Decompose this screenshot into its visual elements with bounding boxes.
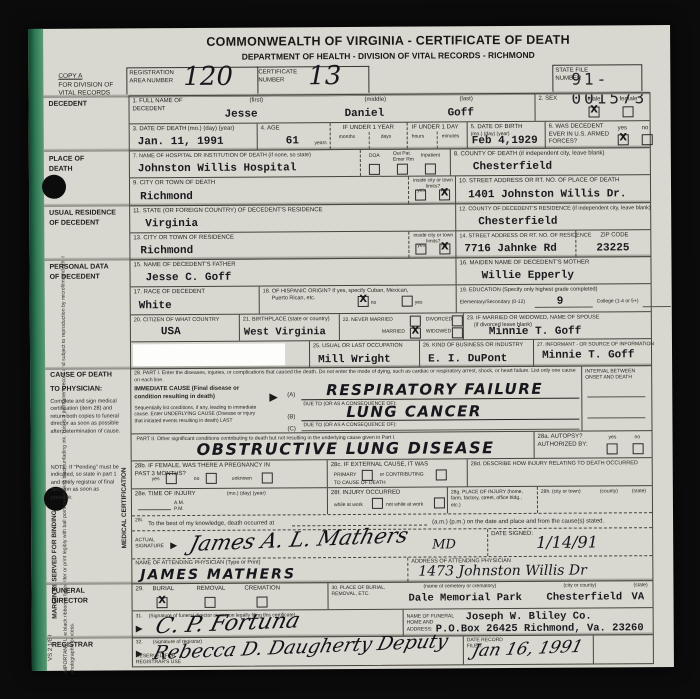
date-signed-value: 1/14/91 [536,532,598,551]
hispanic-cell: 18. OF HISPANIC ORIGIN? If yes, specify … [259,285,456,313]
immediate-cause-label: IMMEDIATE CAUSE (Final disease or condit… [134,386,239,402]
business-cell: 26. KIND OF BUSINESS OR INDUSTRY E. I. D… [419,340,533,367]
line-a-tag: (A) [287,392,295,400]
external-cause-cell: 28c. IF EXTERNAL CAUSE, IT WAS PRIMARY o… [327,459,467,487]
married-label: MARRIED [382,329,405,335]
full-name-cell: 1. FULL NAME OF DECEDENT (first) (middle… [129,94,534,123]
attestation-text: To the best of my knowledge, death occur… [148,520,274,528]
row-city-of-death: 9. CITY OR TOWN OF DEATH Richmond inside… [130,174,650,205]
checkbox-preg-yes [166,473,177,484]
minutes-hint: minutes [442,133,460,139]
registration-area-value: 120 [183,62,233,92]
widowed-label: WIDOWED [426,328,451,334]
row-hospital: 7. NAME OF HOSPITAL OR INSTITUTION OF DE… [130,147,650,177]
first-name-value: Jesse [225,109,258,121]
cause-a-value: RESPIRATORY FAILURE [326,380,543,399]
registrar-signature-cell: 32. (signature of registrar) ▶ Rebecca D… [133,636,463,666]
injury-city-label: 28h. (city or town) [541,489,581,495]
external-cause-label: 28c. IF EXTERNAL CAUSE, IT WAS [331,462,429,470]
actual-signature-cell: ACTUAL SIGNATURE ▶ James A. L. Mathers M… [132,529,487,558]
hispanic-label: 18. OF HISPANIC ORIGIN? If yes, specify … [263,288,409,296]
spouse-value: Minnie T. Goff [489,326,581,339]
row-physician-name: NAME OF ATTENDING PHYSICIAN (Type or Pri… [132,555,652,583]
county-of-death-label: 8. COUNTY OF DEATH (if independent city,… [454,150,605,158]
row-burial: 29. BURIAL X REMOVAL CREMATION 30. PLACE… [132,580,652,610]
informant-label: 27. INFORMANT - OR SOURCE OF INFORMATION [537,341,654,348]
row-physician-signature: ACTUAL SIGNATURE ▶ James A. L. Mathers M… [132,527,652,558]
zip-cell: ZIP CODE 23225 [575,230,650,256]
burial-label: BURIAL [152,586,174,594]
education-cell: 19. EDUCATION (Specify only highest grad… [456,284,651,312]
outpat-label2: Emer Rm [393,157,414,163]
row-cause-part1: 28. PART I. Enter the diseases, injuries… [131,365,651,433]
county-of-death-value: Chesterfield [473,161,552,173]
informant-cell: 27. INFORMANT - OR SOURCE OF INFORMATION… [533,339,651,366]
autopsy-yes-label: yes [609,434,617,440]
age-value: 61 [286,135,299,147]
section-personal-data: PERSONAL DATA OF DECEDENT [49,262,119,282]
birthplace-cell: 21. BIRTHPLACE (state or country) West V… [239,314,339,341]
place-of-injury-label: 28g. PLACE OF INJURY (home, farm, factor… [451,489,533,508]
primary-label: PRIMARY [334,472,357,478]
residence-city-cell: 13. CITY OR TOWN OF RESIDENCE Richmond [130,232,408,260]
date-of-birth-cell: 5. DATE OF BIRTH (mo.) (day) (year) Feb … [467,122,545,148]
education-elem-value: 9 [557,296,564,308]
injury-occurred-label: 28f. INJURY OCCURRED [331,490,401,498]
education-college-line [643,306,671,307]
injury-location-cell: 28h. (city or town) (county) (state) [537,486,652,513]
cemetery-value: Dale Memorial Park [408,592,521,605]
full-name-label: 1. FULL NAME OF DECEDENT [132,98,187,113]
section-cause-of-death: CAUSE OF DEATH [50,370,128,380]
under-1-day-label: IF UNDER 1 DAY [412,124,459,132]
date-signed-cell: DATE SIGNED: 1/14/91 [487,528,652,556]
row-name-sex: 1. FULL NAME OF DECEDENT (first) (middle… [129,93,649,123]
father-label: 15. NAME OF DECEDENT'S FATHER [133,262,235,270]
sequential-label: Sequentially list conditions, if any, le… [134,405,262,425]
preg-yes-label: yes [152,476,160,482]
row-parents: 15. NAME OF DECEDENT'S FATHER Jesse C. G… [130,256,650,286]
row-residence-state: 11. STATE (OR FOREIGN COUNTRY) OF DECEDE… [130,202,650,232]
redaction-box [133,343,285,366]
row-dates-age: 3. DATE OF DEATH (mo.) (day) (year) Jan.… [130,120,650,150]
autopsy-no-label: no [635,434,641,440]
checkbox-contributing [436,469,447,480]
checkbox-preg-no [206,473,217,484]
hispanic-yes-label: yes [415,299,423,305]
section-funeral-director: FUNERAL DIRECTOR [51,586,111,606]
punch-hole-top [42,175,66,199]
education-label: 19. EDUCATION (Specify only highest grad… [460,286,598,294]
street-of-death-label: 10. STREET ADDRESS OR RT. NO. OF PLACE O… [459,177,619,185]
under-1-year-cell: IF UNDER 1 YEAR months days [330,123,407,149]
row-occupation: 25. USUAL OR LAST OCCUPATION Mill Wright… [131,338,651,368]
pregnancy-cell: 28b. IF FEMALE, WAS THERE A PREGNANCY IN… [132,460,327,488]
disposition-num: 29. [135,586,143,594]
cause-b-value: LUNG CANCER [346,402,482,421]
education-elem-label: Elementary/Secondary (0-12) [460,299,525,306]
citizen-cell: 20. CITIZEN OF WHAT COUNTRY USA [131,315,239,342]
middle-hint: (middle) [364,97,386,105]
race-value: White [139,300,172,312]
hospital-cell: 7. NAME OF HOSPITAL OR INSTITUTION OF DE… [130,150,360,177]
residence-state-cell: 11. STATE (OR FOREIGN COUNTRY) OF DECEDE… [130,204,455,232]
checkbox-doa [369,164,380,175]
checkbox-hispanic-yes [402,296,413,307]
to-cause-label: TO CAUSE OF DEATH [334,480,386,487]
binding-edge [28,29,47,671]
part2-value: OBSTRUCTIVE LUNG DISEASE [197,438,495,459]
how-injury-cell: 28d. DESCRIBE HOW INJURY RELATING TO DEA… [467,458,652,486]
section-medical-certification: MEDICAL CERTIFICATION [120,416,128,548]
checkbox-removal [205,597,216,608]
sex-cell: 2. SEX male female X [534,93,649,121]
checkbox-limits-no: X [439,189,450,200]
physician-name-cell: NAME OF ATTENDING PHYSICIAN (Type or Pri… [132,558,407,584]
time-of-injury-label: 28e. TIME OF INJURY [135,491,196,499]
disposition-cell: 29. BURIAL X REMOVAL CREMATION [132,583,327,610]
redacted-cell [131,341,309,368]
injury-state-label: (state) [632,488,646,494]
occupation-label: 25. USUAL OR LAST OCCUPATION [313,343,403,350]
physician-address-value: 1473 Johnston Willis Dr [418,563,587,580]
cause-main-cell: 28. PART I. Enter the diseases, injuries… [131,367,581,434]
row-residence-city: 13. CITY OR TOWN OF RESIDENCE Richmond i… [130,229,650,259]
place-of-burial-label: 30. PLACE OF BURIAL, REMOVAL, ETC. [331,585,389,598]
certificate-number-value: 13 [308,61,341,91]
section-to-physician: TO PHYSICIAN: [50,384,128,394]
spouse-label: 23. IF MARRIED OR WIDOWED, NAME OF SPOUS… [467,314,600,322]
authorized-label: AUTHORIZED BY: [538,442,588,450]
age-cell: 4. AGE 61 years [257,123,330,149]
time-blank [138,509,171,510]
checkbox-hispanic-no: X [358,296,369,307]
age-label: 4. AGE [261,125,280,133]
armed-forces-cell: 6. WAS DECEDENT EVER IN U.S. ARMED FORCE… [545,121,650,148]
checkbox-res-limits-yes [415,244,426,255]
checkbox-burial: X [157,597,168,608]
burial-city-value: Chesterfield [546,591,622,603]
city-of-death-cell: 9. CITY OR TOWN OF DEATH Richmond [130,177,408,206]
interval-label: INTERVAL BETWEEN ONSET AND DEATH [585,368,645,381]
burial-city-hint: (city or county) [563,583,596,589]
date-of-death-value: Jan. 11, 1991 [138,136,224,149]
checkbox-outpat [397,164,408,175]
armed-forces-label: 6. WAS DECEDENT EVER IN U.S. ARMED FORCE… [549,123,611,146]
checkbox-forces-yes: X [618,134,629,145]
business-value: E. I. DuPont [428,353,507,365]
residence-city-label: 13. CITY OR TOWN OF RESIDENCE [133,235,234,243]
burial-state-value: VA [631,591,644,603]
preg-unknown-label: unknown [232,475,252,481]
doa-label: DOA [369,153,380,159]
birthplace-value: West Virginia [244,326,326,339]
hispanic-no-label: no [371,300,377,306]
checkbox-autopsy-no [633,443,644,454]
residence-county-value: Chesterfield [478,216,557,228]
certificate-title: COMMONWEALTH OF VIRGINIA - CERTIFICATE O… [128,32,648,49]
section-registrar: REGISTRAR [52,640,112,650]
hispanic-label2: Puerto Rican, etc. [272,295,316,302]
months-hint: months [339,134,355,140]
father-value: Jesse C. Goff [146,272,232,285]
last-name-value: Goff [448,107,474,119]
hospital-value: Johnston Willis Hospital [138,162,297,175]
first-hint: (first) [249,98,263,106]
mother-value: Willie Epperly [482,270,574,283]
date-of-death-hint: (mo.) (day) (year) [188,126,235,134]
how-injury-label: 28d. DESCRIBE HOW INJURY RELATING TO DEA… [471,460,638,468]
interval-cell: INTERVAL BETWEEN ONSET AND DEATH [581,366,651,430]
time-of-injury-cell: 28e. TIME OF INJURY (mo.) (day) (year) A… [132,488,327,515]
education-college-label: College (1-4 or 5+) [597,298,639,305]
pm-label: P.M. [174,506,184,512]
marital-status-cell: 22. NEVER MARRIED DIVORCED MARRIED X WID… [339,313,463,340]
checkbox-preg-unknown [262,472,273,483]
age-unit: years [314,140,326,146]
date-of-birth-value: Feb 4,1929 [472,135,538,147]
burial-state-hint: (state) [633,582,647,588]
contributing-label: or CONTRIBUTING [380,472,424,479]
checkbox-res-limits-no: X [439,243,450,254]
certificate-paper: MARGIN RESERVED FOR BINDING IMPORTANT: U… [28,25,674,671]
injury-county-label: (county) [600,488,618,494]
not-while-label: not while at work [386,501,423,507]
never-married-label: 22. NEVER MARRIED [343,317,393,324]
injury-occurred-cell: 28f. INJURY OCCURRED while at work not w… [327,487,447,514]
checkbox-married: X [410,328,421,339]
armed-forces-no: no [642,125,649,133]
date-of-death-cell: 3. DATE OF DEATH (mo.) (day) (year) Jan.… [130,124,257,151]
row-cause-part2: PART II. Other significant conditions co… [132,430,652,460]
checkbox-widowed [452,327,463,338]
place-of-burial-cell: 30. PLACE OF BURIAL, REMOVAL, ETC. (name… [327,581,652,609]
education-elem-line [535,307,593,308]
certificate-number-box: CERTIFICATE NUMBER 13 [256,66,369,97]
divorced-label: DIVORCED [426,316,452,322]
signature-arrow-icon: ▶ [170,540,177,551]
occupation-value: Mill Wright [318,354,391,366]
funeral-arrow-icon: ▶ [136,623,143,634]
residence-limits-cell: inside city or town limits? yes no X [408,231,455,257]
residence-state-value: Virginia [145,218,198,230]
middle-name-value: Daniel [345,108,385,120]
father-cell: 15. NAME OF DECEDENT'S FATHER Jesse C. G… [130,258,455,286]
section-usual-residence: USUAL RESIDENCE OF DECEDENT [49,208,119,228]
zip-label: ZIP CODE [600,232,628,240]
date-filed-value: Jan 16, 1991 [470,637,585,661]
physician-md: MD [432,537,456,552]
certificate-form: 1. FULL NAME OF DECEDENT (first) (middle… [128,92,653,667]
registrar-num: 32. [136,639,143,645]
attestation-tag: 28i. [135,517,143,523]
last-hint: (last) [459,96,472,104]
certificate-number-label: CERTIFICATE NUMBER [258,69,300,84]
funeral-home-name: Joseph W. Bliley Co. [466,611,592,624]
row-injury-2: 28e. TIME OF INJURY (mo.) (day) (year) A… [132,485,652,515]
residence-street-label: 14. STREET ADDRESS OR RT. NO. OF RESIDEN… [459,233,591,241]
part2-cell: PART II. Other significant conditions co… [132,432,534,460]
mother-cell: 16. MAIDEN NAME OF DECEDENT'S MOTHER Wil… [455,257,650,284]
physician-address-cell: ADDRESS OF ATTENDING PHYSICIAN 1473 John… [407,556,652,581]
cause-arrow-icon: ▶ [269,390,278,403]
residence-street-value: 7716 Jahnke Rd [464,243,556,256]
checkbox-divorced [452,315,463,326]
cremation-label: CREMATION [244,585,280,593]
under-1-day-cell: IF UNDER 1 DAY hours minutes [407,122,467,148]
checkbox-male: X [589,106,600,117]
hours-hint: hours [412,134,425,140]
funeral-director-signature: C. P. Fortuna [153,608,303,639]
line-b [301,419,579,422]
business-label: 26. KIND OF BUSINESS OR INDUSTRY [423,342,523,349]
city-limits-cell: inside city or town limits? yes no X [408,176,455,203]
removal-label: REMOVAL [196,586,225,594]
spouse-cell: 23. IF MARRIED OR WIDOWED, NAME OF SPOUS… [463,312,651,339]
sex-label: 2. SEX [538,96,557,104]
mother-label: 16. MAIDEN NAME OF DECEDENT'S MOTHER [459,260,589,268]
autopsy-label: 28a. AUTOPSY? [538,434,583,442]
checkbox-autopsy-yes [607,443,618,454]
residence-state-label: 11. STATE (OR FOREIGN COUNTRY) OF DECEDE… [133,207,322,216]
street-of-death-cell: 10. STREET ADDRESS OR RT. NO. OF PLACE O… [455,175,650,203]
date-filed-cell: DATE RECORD FILED: Jan 16, 1991 [463,636,593,665]
race-cell: 17. RACE OF DECEDENT White [131,287,259,315]
checkbox-not-while [434,497,445,508]
birthplace-label: 21. BIRTHPLACE (state or country) [243,316,330,323]
hospital-label: 7. NAME OF HOSPITAL OR INSTITUTION OF DE… [133,152,311,160]
place-of-injury-cell: 28g. PLACE OF INJURY (home, farm, factor… [447,487,537,514]
admission-type-cell: DOA Out Pat. Emer Rm Inpatient [360,149,450,176]
physician-name-value: JAMES MATHERS [140,566,296,583]
checkbox-while-work [372,498,383,509]
county-of-death-cell: 8. COUNTY OF DEATH (if independent city,… [450,148,650,175]
registration-area-label: REGISTRATION AREA NUMBER [129,70,181,85]
days-hint: days [381,134,392,140]
due-to-b: DUE TO (OR AS A CONSEQUENCE OF): [303,422,396,429]
cemetery-hint: (name of cemetery or crematory) [423,583,496,590]
row-injury-1: 28b. IF FEMALE, WAS THERE A PREGNANCY IN… [132,457,652,488]
row-registrar: 32. (signature of registrar) ▶ Rebecca D… [133,634,653,666]
city-of-death-label: 9. CITY OR TOWN OF DEATH [133,180,215,188]
margin-important-text: IMPORTANT: Use black ribbon in typewrite… [60,244,77,674]
row-citizen-marital: 20. CITIZEN OF WHAT COUNTRY USA 21. BIRT… [131,311,651,341]
informant-value: Minnie T. Goff [542,349,634,362]
residence-street-cell: 14. STREET ADDRESS OR RT. NO. OF RESIDEN… [455,231,575,258]
row-race-education: 17. RACE OF DECEDENT White 18. OF HISPAN… [131,283,651,314]
checkbox-limits-yes [415,190,426,201]
race-label: 17. RACE OF DECEDENT [134,289,205,297]
while-work-label: while at work [334,502,363,508]
time-of-injury-hint: (mo.) (day) (year) [227,491,266,497]
occupation-cell: 25. USUAL OR LAST OCCUPATION Mill Wright [309,341,419,368]
pending-note: NOTE: If "Pending" must be indicated, so… [51,464,121,502]
female-label: female [619,96,637,104]
city-of-death-value: Richmond [140,191,193,203]
interval-line-a [587,396,645,397]
interval-line-b [587,417,645,418]
checkbox-inpatient [425,163,436,174]
checkbox-female [623,106,634,117]
residence-county-cell: 12. COUNTY OF DECEDENT'S RESIDENCE (if i… [455,203,650,230]
zip-value: 23225 [596,242,629,254]
physician-note: Complete and sign medical certification … [50,398,120,436]
line-b-tag: (B) [287,414,295,422]
copy-a-label: COPY A [58,73,82,81]
funeral-num: 31. [136,613,143,619]
residence-county-label: 12. COUNTY OF DECEDENT'S RESIDENCE (if i… [459,205,651,213]
residence-city-value: Richmond [140,245,193,257]
citizen-value: USA [161,326,181,338]
male-label: male [587,96,600,104]
date-signed-label: DATE SIGNED: [491,531,533,539]
certificate-subtitle: DEPARTMENT OF HEALTH - DIVISION OF VITAL… [128,49,648,62]
section-place-of-death: PLACE OF DEATH [49,155,105,175]
registrar-extra-cell [593,635,653,663]
autopsy-cell: 28a. AUTOPSY? AUTHORIZED BY: yes no [534,431,652,458]
attestation-tail: (a.m.) (p.m.) on the date and place and … [432,518,604,527]
checkbox-cremation [257,597,268,608]
actual-signature-label: ACTUAL SIGNATURE [135,537,169,550]
citizen-label: 20. CITIZEN OF WHAT COUNTRY [134,317,220,324]
section-decedent: DECEDENT [48,99,124,109]
inpatient-label: Inpatient [421,152,440,158]
preg-no-label: no [194,476,200,482]
street-of-death-value: 1401 Johnston Willis Dr. [468,188,627,201]
checkbox-forces-no [642,134,653,145]
date-of-death-label: 3. DATE OF DEATH [133,126,187,134]
